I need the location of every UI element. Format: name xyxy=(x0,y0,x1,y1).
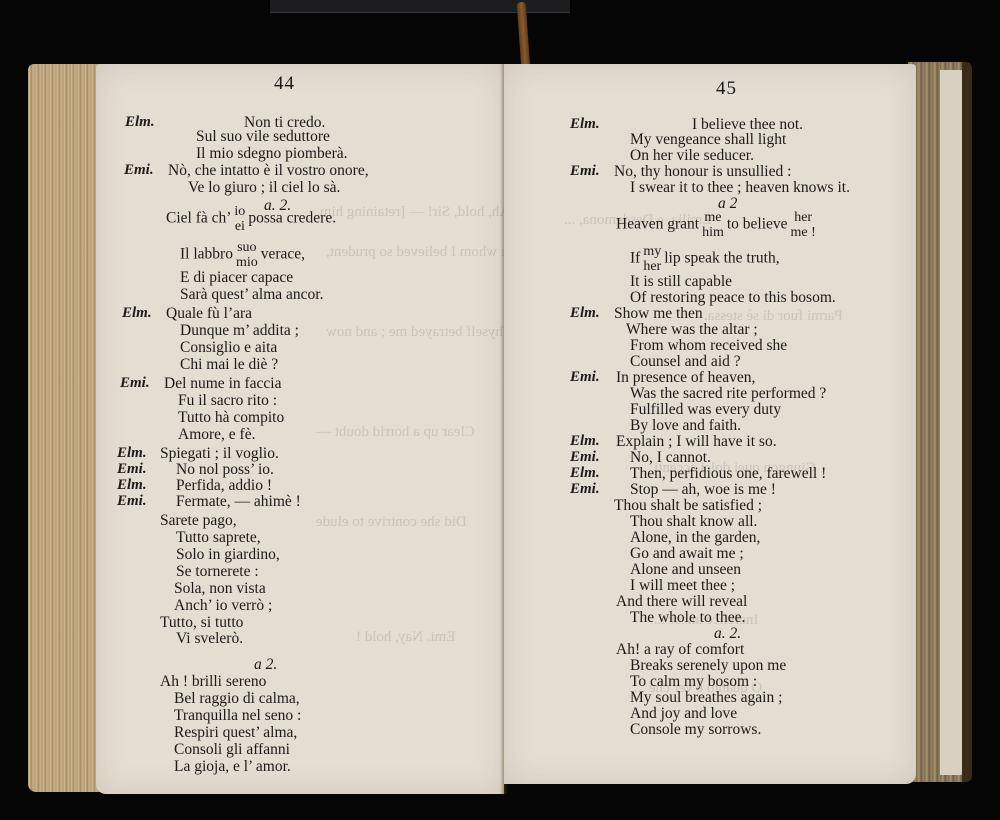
verse-line: No, thy honour is unsullied : xyxy=(614,164,791,180)
verse-line: E di piacer capace xyxy=(180,270,293,286)
verse-line: Where was the altar ; xyxy=(626,322,758,338)
variant-top: my xyxy=(643,244,661,259)
verse-line: Se tornerete : xyxy=(176,564,259,580)
verse-line: My soul breathes again ; xyxy=(630,690,782,706)
variant-bottom: her xyxy=(643,259,661,274)
verse-line: Thou shalt be satisfied ; xyxy=(614,498,762,514)
right-page: Emilia, e Desdemona, ... Parmi fuor di s… xyxy=(504,64,916,784)
variant-bottom: me ! xyxy=(791,225,816,240)
verse-line: Then, perfidious one, farewell ! xyxy=(630,466,826,482)
verse-line: Ah! a ray of comfort xyxy=(616,642,744,658)
verse-line: Solo in giardino, xyxy=(176,547,280,563)
a-due-marker: a. 2. xyxy=(714,626,741,642)
speaker-label: Elm. xyxy=(570,306,600,321)
verse-line: Tutto saprete, xyxy=(176,530,261,546)
verse-line: Sarà quest’ alma ancor. xyxy=(180,287,323,303)
speaker-label: Emi. xyxy=(117,494,147,509)
verse-line: And joy and love xyxy=(630,706,737,722)
verse-text: lip speak the truth, xyxy=(664,250,779,267)
verse-line: Sarete pago, xyxy=(160,513,237,529)
verse-text: Il labbro xyxy=(180,246,233,263)
verse-line: Ve lo giuro ; il ciel lo sà. xyxy=(188,180,340,196)
verse-line: To calm my bosom : xyxy=(630,674,757,690)
variant-top: her xyxy=(791,210,816,225)
verse-line: Tranquilla nel seno : xyxy=(174,708,301,724)
verse-line: Amore, e fè. xyxy=(178,427,255,443)
verse-line: Chi mai le diè ? xyxy=(180,357,278,373)
verse-line: Consoli gli affanni xyxy=(174,742,290,758)
verse-line: I swear it to thee ; heaven knows it. xyxy=(630,180,850,196)
verse-line: Respiri quest’ alma, xyxy=(174,725,297,741)
verse-line: Stop — ah, woe is me ! xyxy=(630,482,776,498)
verse-line: Console my sorrows. xyxy=(630,722,761,738)
back-cover xyxy=(962,62,972,782)
speaker-label: Emi. xyxy=(570,164,600,179)
verse-line: Sola, non vista xyxy=(174,581,266,597)
verse-line: No nol poss’ io. xyxy=(176,462,274,478)
verse-line: Sul suo vile seduttore xyxy=(196,129,330,145)
bleed-through-text: Emi. Nay, hold ! xyxy=(356,629,455,646)
verse-line: From whom received she xyxy=(630,338,787,354)
speaker-label: Emi. xyxy=(120,376,150,391)
verse-line: It is still capable xyxy=(630,274,732,290)
variant-top: io xyxy=(234,204,245,219)
verse-line: Fulfilled was every duty xyxy=(630,402,781,418)
verse-line: In presence of heaven, xyxy=(616,370,755,386)
verse-line: And there will reveal xyxy=(616,594,747,610)
verse-line: Vi svelerò. xyxy=(176,631,243,647)
bleed-through-text: “ Thyself betrayed me ; and now xyxy=(326,324,522,341)
right-loose-leaf xyxy=(940,70,964,775)
a-due-marker: a 2. xyxy=(254,657,277,673)
variant-stack: myher xyxy=(643,244,661,274)
verse-line: Tutto, si tutto xyxy=(160,615,243,631)
variant-bottom: him xyxy=(702,225,724,240)
verse-line: Perfida, addio ! xyxy=(176,478,272,494)
verse-line: On her vile seducer. xyxy=(630,148,754,164)
verse-line: Of restoring peace to this bosom. xyxy=(630,290,836,306)
verse-line: The whole to thee. xyxy=(630,610,745,626)
verse-line: Nò, che intatto è il vostro onore, xyxy=(168,163,369,179)
verse-line-variant: Il labbrosuomioverace, xyxy=(180,240,305,270)
verse-line: No, I cannot. xyxy=(630,450,711,466)
speaker-label: Elm. xyxy=(122,306,152,321)
speaker-label: Elm. xyxy=(117,478,147,493)
speaker-label: Elm. xyxy=(117,446,147,461)
left-page: Emi. “ Ah, hold, Sir! — [retaining him. … xyxy=(96,64,504,794)
variant-stack: mehim xyxy=(702,210,724,240)
verse-line: Alone and unseen xyxy=(630,562,741,578)
verse-line: I will meet thee ; xyxy=(630,578,735,594)
page-number: 44 xyxy=(274,73,295,95)
verse-line: Tutto hà compito xyxy=(178,410,284,426)
verse-text: verace, xyxy=(261,246,305,263)
verse-line: La gioja, e l’ amor. xyxy=(174,759,291,775)
speaker-label: Emi. xyxy=(124,163,154,178)
verse-line: Thou shalt know all. xyxy=(630,514,757,530)
bleed-through-text: Clear up a horrid doubt — xyxy=(316,424,475,441)
speaker-label: Emi. xyxy=(570,482,600,497)
bleed-through-text: Did she contrive to elude xyxy=(316,514,467,531)
speaker-label: Emi. xyxy=(570,450,600,465)
verse-text: Heaven grant xyxy=(616,216,699,233)
verse-line: Alone, in the garden, xyxy=(630,530,760,546)
variant-stack: herme ! xyxy=(791,210,816,240)
variant-stack: ioei xyxy=(234,204,245,234)
verse-text: If xyxy=(630,250,640,267)
verse-line: Bel raggio di calma, xyxy=(174,691,300,707)
verse-line: Anch’ io verrò ; xyxy=(174,598,272,614)
verse-line-variant: Ciel fà ch’ioeipossa credere. xyxy=(166,204,336,234)
speaker-label: Elm. xyxy=(570,434,600,449)
verse-text: Ciel fà ch’ xyxy=(166,210,231,227)
variant-top: me xyxy=(702,210,724,225)
verse-line: Spiegati ; il voglio. xyxy=(160,446,279,462)
speaker-label: Elm. xyxy=(125,115,155,130)
verse-text: possa credere. xyxy=(248,210,336,227)
verse-line: Counsel and aid ? xyxy=(630,354,741,370)
speaker-label: Emi. xyxy=(117,462,147,477)
verse-line: Was the sacred rite performed ? xyxy=(630,386,826,402)
verse-line: Dunque m’ addita ; xyxy=(180,323,299,339)
verse-line: Explain ; I will have it so. xyxy=(616,434,777,450)
verse-line: Breaks serenely upon me xyxy=(630,658,786,674)
verse-line: Il mio sdegno piomberà. xyxy=(196,146,348,162)
verse-line: Del nume in faccia xyxy=(164,376,281,392)
speaker-label: Elm. xyxy=(570,117,600,132)
verse-line: Consiglio e aita xyxy=(180,340,277,356)
variant-bottom: mio xyxy=(236,255,258,270)
speaker-label: Elm. xyxy=(570,466,600,481)
verse-line: By love and faith. xyxy=(630,418,741,434)
verse-line: Show me then xyxy=(614,306,703,322)
verse-line: My vengeance shall light xyxy=(630,132,786,148)
variant-stack: suomio xyxy=(236,240,258,270)
verse-line: Go and await me ; xyxy=(630,546,744,562)
verse-line: Quale fù l’ara xyxy=(166,306,252,322)
verse-line-variant: Heaven grantmehimto believeherme ! xyxy=(616,210,819,240)
verse-text: to believe xyxy=(727,216,788,233)
verse-line-variant: Ifmyherlip speak the truth, xyxy=(630,244,780,274)
verse-line: Fermate, — ahimè ! xyxy=(176,494,301,510)
verse-line: Ah ! brilli sereno xyxy=(160,674,266,690)
speaker-label: Emi. xyxy=(570,370,600,385)
page-number: 45 xyxy=(716,78,737,100)
variant-bottom: ei xyxy=(234,219,245,234)
verse-line: Fu il sacro rito : xyxy=(178,393,277,409)
variant-top: suo xyxy=(236,240,258,255)
